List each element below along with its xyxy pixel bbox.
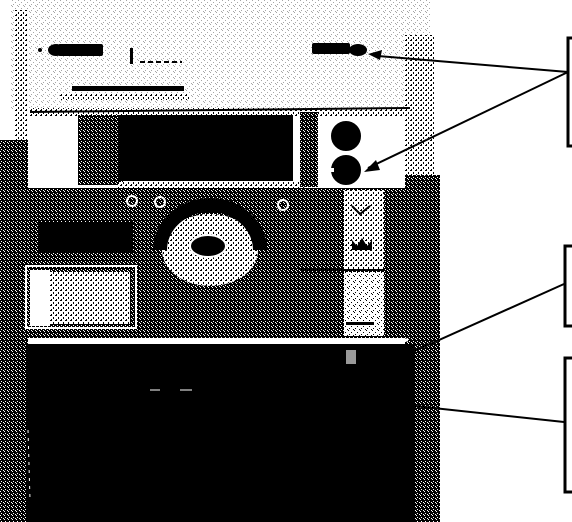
bracket-3 (565, 358, 572, 492)
callout-brackets (565, 38, 572, 492)
left-logo-dot (38, 48, 42, 52)
top-right-marker (312, 43, 350, 54)
terminal-cover (26, 344, 414, 522)
upper-round-button (330, 120, 362, 152)
lcd-display (78, 115, 308, 188)
meter-figure (0, 0, 572, 522)
bracket-1 (568, 38, 572, 146)
control-buttons (300, 112, 362, 187)
left-label-bar (58, 44, 103, 56)
middle-panel (26, 188, 408, 342)
optical-port (190, 235, 226, 257)
lower-round-button (330, 154, 362, 186)
bracket-2 (565, 246, 572, 326)
model-text-bar (72, 86, 184, 91)
